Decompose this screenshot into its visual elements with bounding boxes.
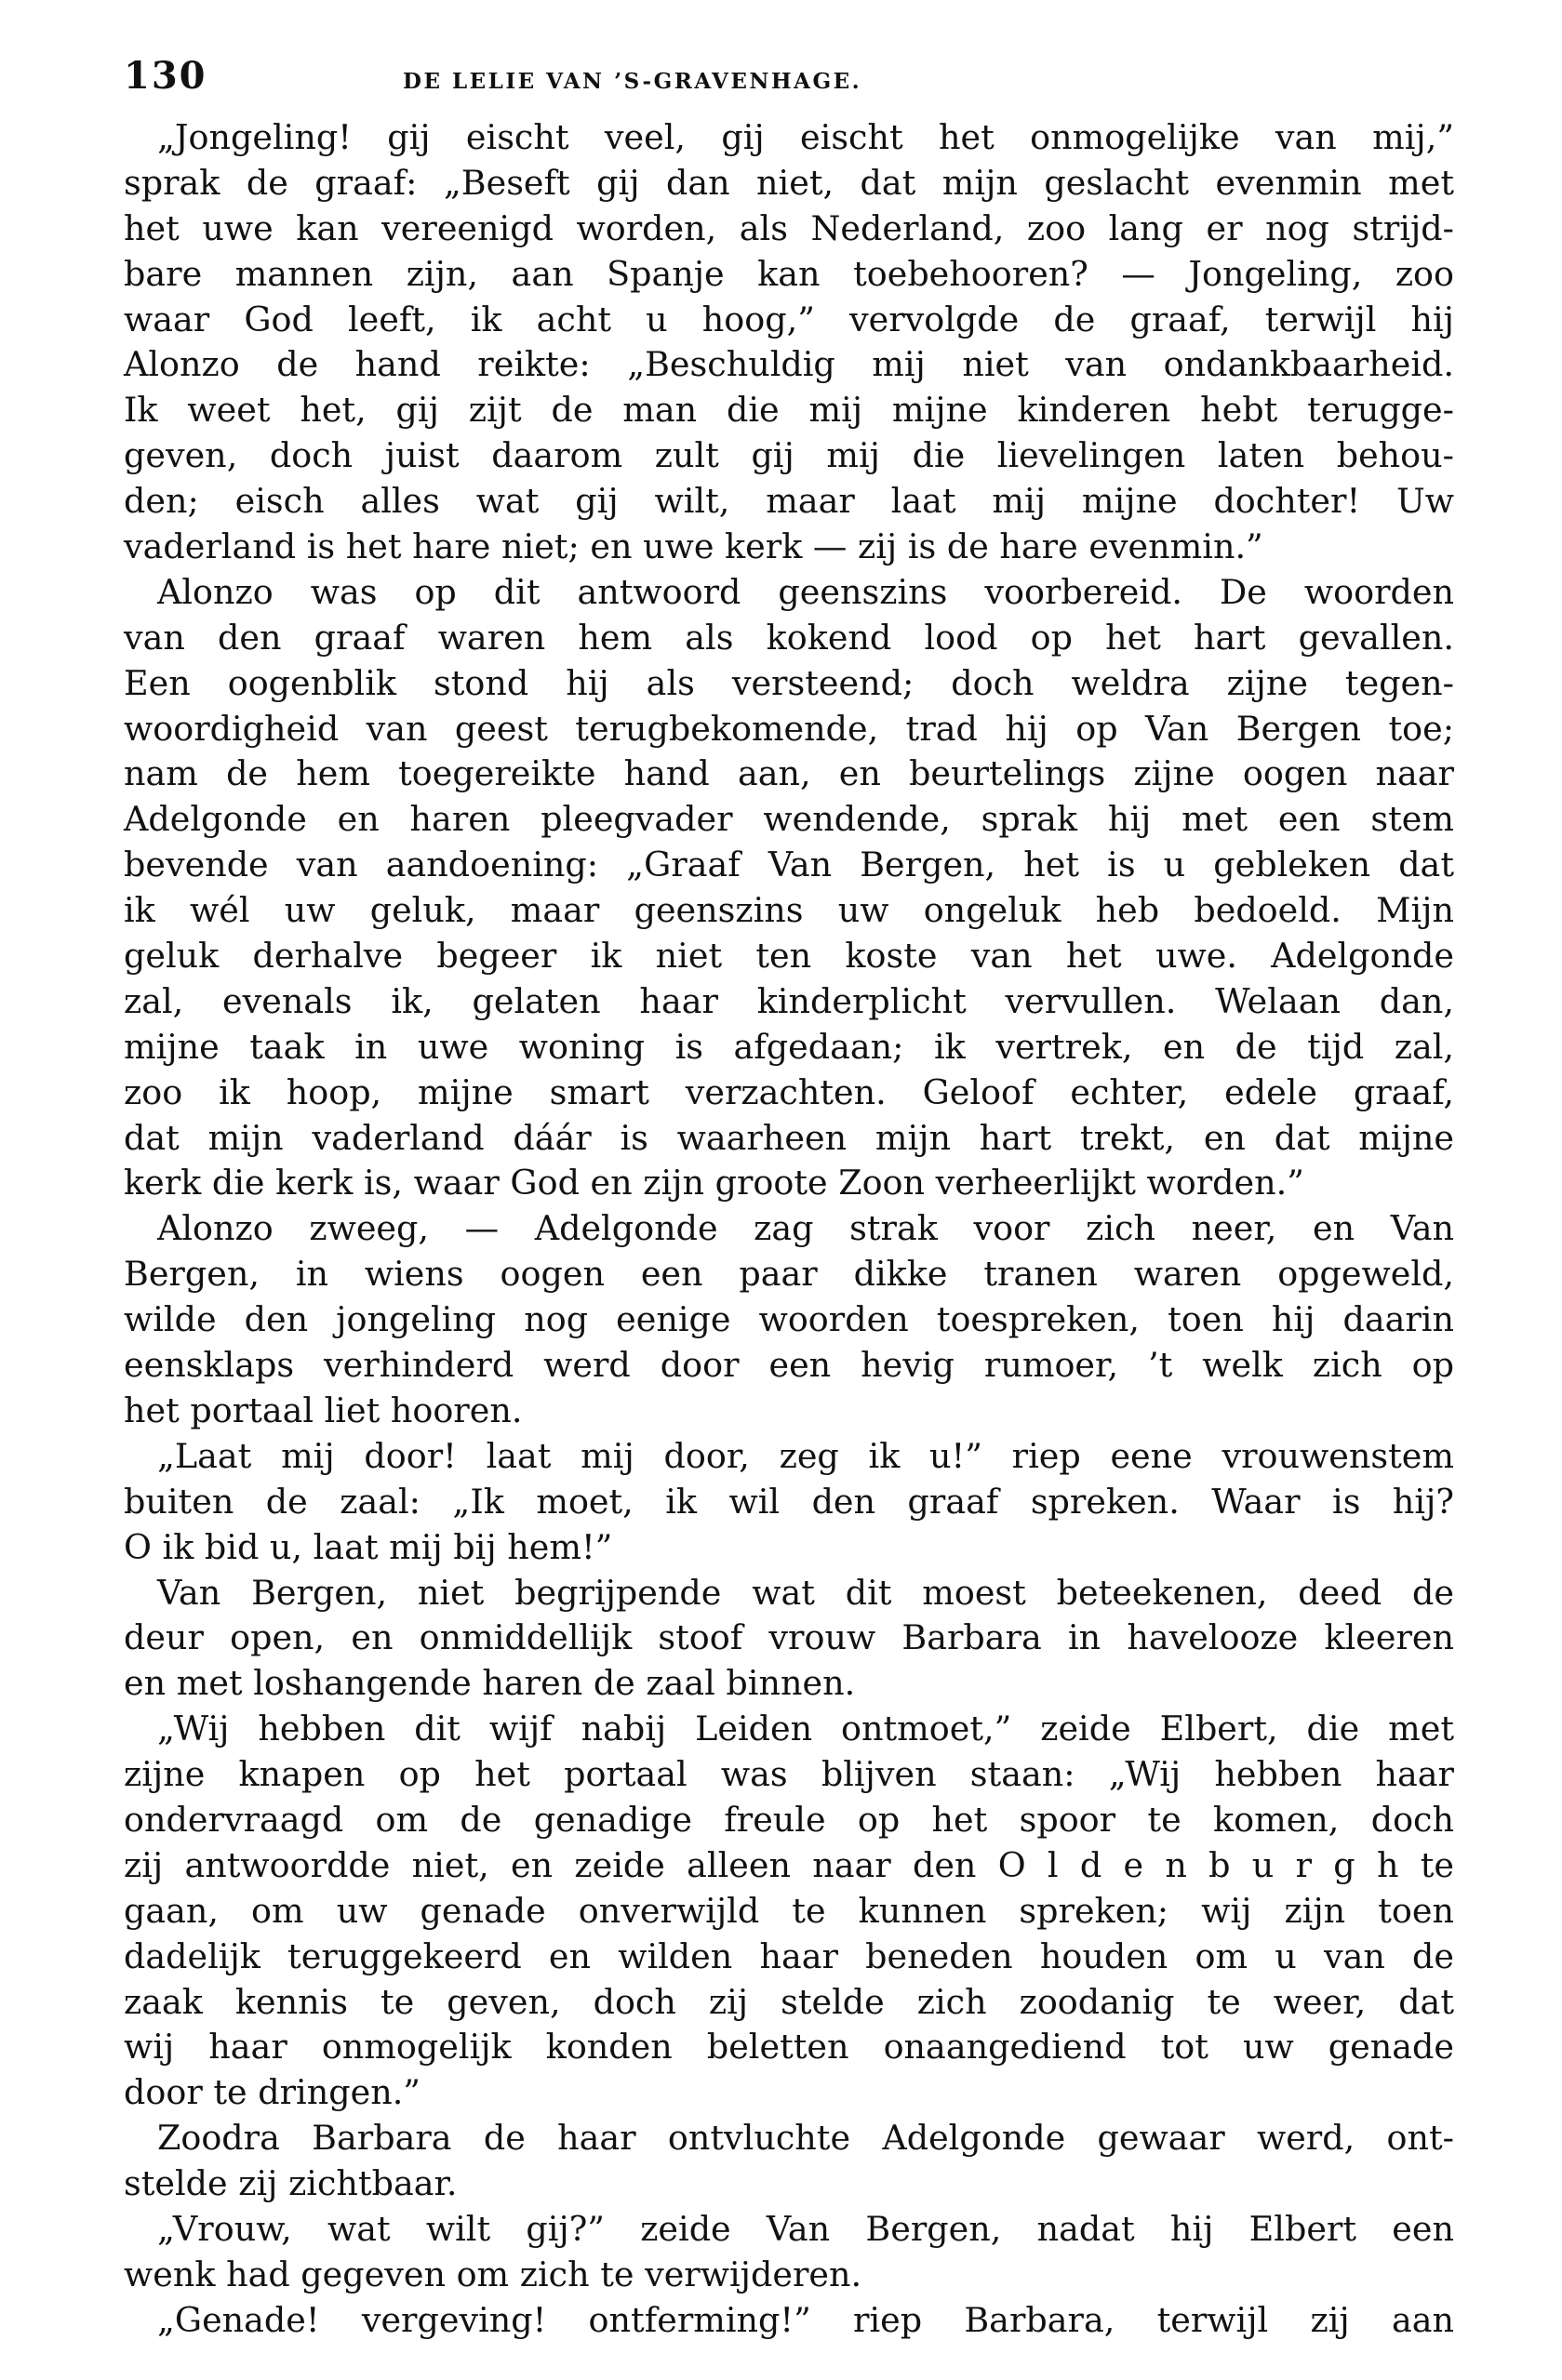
text-line: zij antwoordde niet, en zeide alleen naa… bbox=[124, 1843, 1454, 1889]
text-line: Bergen, in wiens oogen een paar dikke tr… bbox=[124, 1252, 1454, 1297]
text-line: vaderland is het hare niet; en uwe kerk … bbox=[124, 525, 1454, 570]
text-line: het portaal liet hooren. bbox=[124, 1389, 1454, 1434]
text-line: Van Bergen, niet begrijpende wat dit moe… bbox=[124, 1571, 1454, 1616]
text-line: wenk had gegeven om zich te verwijderen. bbox=[124, 2253, 1454, 2298]
text-line: Ik weet het, gij zijt de man die mij mij… bbox=[124, 388, 1454, 433]
text-line: deur open, en onmiddellijk stoof vrouw B… bbox=[124, 1615, 1454, 1661]
running-header: 130 DE LELIE VAN ’S-GRAVENHAGE. bbox=[124, 54, 1454, 100]
text-line: zal, evenals ik, gelaten haar kinderplic… bbox=[124, 979, 1454, 1025]
text-line: gaan, om uw genade onverwijld te kunnen … bbox=[124, 1889, 1454, 1935]
text-line: waar God leeft, ik acht u hoog,” vervolg… bbox=[124, 298, 1454, 343]
text-line: zoo ik hoop, mijne smart verzachten. Gel… bbox=[124, 1070, 1454, 1116]
text-line: Adelgonde en haren pleegvader wendende, … bbox=[124, 797, 1454, 843]
text-line: bevende van aandoening: „Graaf Van Berge… bbox=[124, 843, 1454, 888]
text-line: wilde den jongeling nog eenige woorden t… bbox=[124, 1297, 1454, 1343]
text-line: woordigheid van geest terugbekomende, tr… bbox=[124, 707, 1454, 752]
page-number: 130 bbox=[124, 54, 207, 98]
text-line: „Laat mij door! laat mij door, zeg ik u!… bbox=[124, 1434, 1454, 1480]
text-line: „Genade! vergeving! ontferming!” riep Ba… bbox=[124, 2298, 1454, 2344]
running-title: DE LELIE VAN ’S-GRAVENHAGE. bbox=[403, 69, 861, 94]
text-line: geven, doch juist daarom zult gij mij di… bbox=[124, 433, 1454, 479]
text-line: buiten de zaal: „Ik moet, ik wil den gra… bbox=[124, 1480, 1454, 1525]
text-line: door te dringen.” bbox=[124, 2070, 1454, 2116]
text-line: ik wél uw geluk, maar geenszins uw ongel… bbox=[124, 888, 1454, 934]
text-line: bare mannen zijn, aan Spanje kan toebeho… bbox=[124, 252, 1454, 298]
text-line: Zoodra Barbara de haar ontvluchte Adelgo… bbox=[124, 2116, 1454, 2161]
text-line: dadelijk teruggekeerd en wilden haar ben… bbox=[124, 1935, 1454, 1980]
text-line: van den graaf waren hem als kokend lood … bbox=[124, 616, 1454, 661]
text-line: geluk derhalve begeer ik niet ten koste … bbox=[124, 934, 1454, 979]
text-line: stelde zij zichtbaar. bbox=[124, 2161, 1454, 2207]
text-line: en met loshangende haren de zaal binnen. bbox=[124, 1661, 1454, 1707]
text-line: dat mijn vaderland dáár is waarheen mijn… bbox=[124, 1116, 1454, 1162]
text-line: kerk die kerk is, waar God en zijn groot… bbox=[124, 1161, 1454, 1206]
text-line: den; eisch alles wat gij wilt, maar laat… bbox=[124, 479, 1454, 525]
text-line: Alonzo was op dit antwoord geenszins voo… bbox=[124, 570, 1454, 616]
text-line: eensklaps verhinderd werd door een hevig… bbox=[124, 1343, 1454, 1389]
text-line: zijne knapen op het portaal was blijven … bbox=[124, 1752, 1454, 1798]
text-line: Alonzo de hand reikte: „Beschuldig mij n… bbox=[124, 342, 1454, 388]
text-line: „Jongeling! gij eischt veel, gij eischt … bbox=[124, 115, 1454, 161]
text-line: „Vrouw, wat wilt gij?” zeide Van Bergen,… bbox=[124, 2207, 1454, 2253]
text-line: mijne taak in uwe woning is afgedaan; ik… bbox=[124, 1025, 1454, 1070]
text-line: O ik bid u, laat mij bij hem!” bbox=[124, 1525, 1454, 1571]
text-line: sprak de graaf: „Beseft gij dan niet, da… bbox=[124, 161, 1454, 206]
text-line: wij haar onmogelijk konden beletten onaa… bbox=[124, 2025, 1454, 2070]
text-line: Een oogenblik stond hij als versteend; d… bbox=[124, 661, 1454, 707]
book-page: 130 DE LELIE VAN ’S-GRAVENHAGE. „Jongeli… bbox=[0, 0, 1562, 2380]
text-line: nam de hem toegereikte hand aan, en beur… bbox=[124, 751, 1454, 797]
text-line: zaak kennis te geven, doch zij stelde zi… bbox=[124, 1980, 1454, 2026]
text-line: ondervraagd om de genadige freule op het… bbox=[124, 1798, 1454, 1843]
body-text: „Jongeling! gij eischt veel, gij eischt … bbox=[124, 115, 1454, 2344]
text-line: het uwe kan vereenigd worden, als Nederl… bbox=[124, 206, 1454, 252]
text-line: „Wij hebben dit wijf nabij Leiden ontmoe… bbox=[124, 1707, 1454, 1752]
text-line: Alonzo zweeg, — Adelgonde zag strak voor… bbox=[124, 1206, 1454, 1252]
